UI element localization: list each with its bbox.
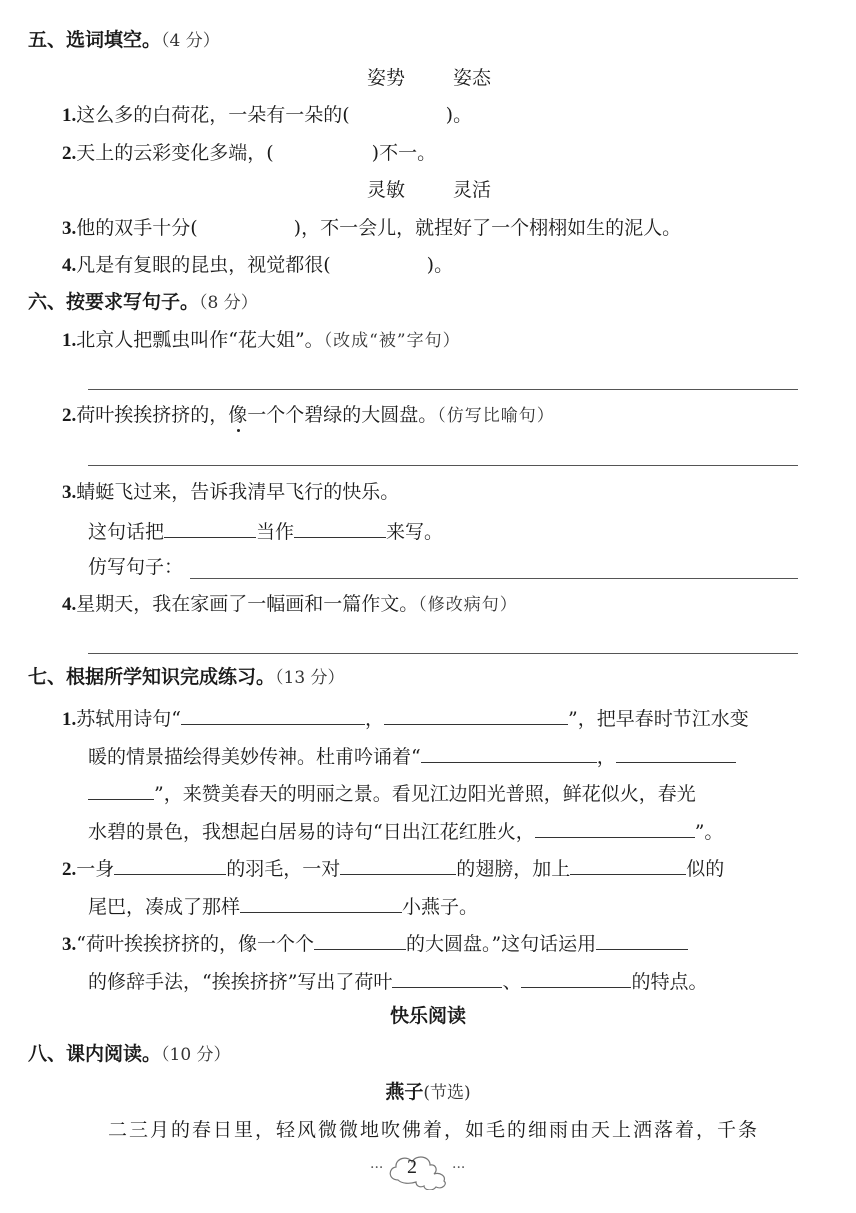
s6-question-3: 3.蜻蜓飞过来，告诉我清早飞行的快乐。 (62, 479, 399, 506)
question-text: 当作 (256, 521, 294, 543)
question-number: 3. (62, 482, 76, 503)
question-number: 2. (62, 405, 76, 426)
question-hint: （仿写比喻句） (437, 406, 555, 426)
section8-heading: 八、课内阅读。（10 分） (28, 1041, 231, 1068)
answer-blank[interactable] (421, 742, 597, 763)
question-text: 的特点。 (631, 971, 707, 993)
page-number: 2 (407, 1156, 417, 1179)
question-text: 凡是有复眼的昆虫，视觉都很( (76, 254, 330, 276)
question-text: 这么多的白荷花，一朵有一朵的( (76, 104, 349, 126)
answer-blank[interactable] (616, 742, 736, 763)
answer-blank[interactable] (114, 854, 226, 875)
question-text: 暖的情景描绘得美妙传神。杜甫吟诵着“ (88, 746, 421, 768)
section7-heading: 七、根据所学知识完成练习。（13 分） (28, 664, 345, 691)
page-number-badge: ··· 2 ··· (370, 1150, 486, 1190)
question-text: 北京人把瓢虫叫作“花大姐”。 (76, 329, 323, 351)
question-text: )。 (427, 254, 453, 276)
question-text: “荷叶挨挨挤挤的，像一个个 (76, 933, 314, 955)
s5-question-1: 1.这么多的白荷花，一朵有一朵的()。 (62, 102, 472, 129)
answer-line[interactable] (88, 465, 798, 466)
word-choices-1: 姿势姿态 (367, 65, 491, 91)
s6-question-3-line2: 这句话把当作来写。 (88, 517, 443, 545)
passage-title-text: 燕子 (385, 1081, 423, 1103)
s7-question-3-line2: 的修辞手法，“挨挨挤挤”写出了荷叶、的特点。 (88, 967, 707, 995)
question-text: ， (365, 708, 384, 730)
question-text: 苏轼用诗句“ (76, 708, 181, 730)
question-number: 3. (62, 218, 76, 239)
answer-blank[interactable] (240, 892, 402, 913)
question-text: 一个个碧绿的大圆盘。 (247, 404, 437, 426)
question-hint: （改成“被”字句） (324, 331, 461, 351)
reading-section-header: 快乐阅读 (0, 1003, 856, 1029)
question-number: 4. (62, 255, 76, 276)
question-text: 荷叶挨挨挤挤的， (76, 404, 228, 426)
s5-question-3: 3.他的双手十分()，不一会儿，就捏好了一个栩栩如生的泥人。 (62, 215, 681, 242)
answer-blank[interactable] (164, 517, 256, 538)
answer-blank[interactable] (596, 929, 688, 950)
answer-blank[interactable] (392, 967, 502, 988)
section5-title: 五、选词填空。 (28, 29, 161, 51)
word-choice: 灵敏 (367, 179, 405, 201)
question-text: 的羽毛，一对 (226, 858, 340, 880)
word-choice: 姿势 (367, 67, 405, 89)
question-text: 仿写句子： (88, 556, 183, 578)
answer-blank[interactable] (340, 854, 456, 875)
dots-right: ··· (452, 1160, 465, 1176)
question-number: 1. (62, 709, 76, 730)
answer-blank[interactable] (521, 967, 631, 988)
answer-line[interactable] (88, 389, 798, 390)
word-choice: 姿态 (453, 67, 491, 89)
question-text: 、 (502, 971, 521, 993)
question-text: 尾巴，凑成了那样 (88, 896, 240, 918)
answer-blank[interactable] (570, 854, 686, 875)
answer-blank[interactable] (88, 779, 154, 800)
question-text: 星期天，我在家画了一幅画和一篇作文。 (76, 593, 418, 615)
question-number: 2. (62, 143, 76, 164)
question-text: )，不一会儿，就捏好了一个栩栩如生的泥人。 (294, 217, 681, 239)
word-choice: 灵活 (453, 179, 491, 201)
s7-question-2-line1: 2.一身的羽毛，一对的翅膀，加上似的 (62, 854, 724, 883)
answer-blank[interactable] (181, 704, 365, 725)
question-text: 这句话把 (88, 521, 164, 543)
question-text: 他的双手十分( (76, 217, 197, 239)
answer-blank[interactable] (314, 929, 406, 950)
section8-points: （10 分） (161, 1045, 231, 1065)
s7-question-2-line2: 尾巴，凑成了那样小燕子。 (88, 892, 478, 920)
question-number: 1. (62, 105, 76, 126)
question-number: 4. (62, 594, 76, 615)
s6-question-3-line3: 仿写句子： (88, 554, 183, 580)
section5-points: （4 分） (161, 31, 220, 51)
s7-question-1-line4: 水碧的景色，我想起白居易的诗句“日出江花红胜火，”。 (88, 817, 723, 845)
question-text: 的大圆盘。”这句话运用 (406, 933, 596, 955)
section8-title: 八、课内阅读。 (28, 1043, 161, 1065)
passage-line: 二三月的春日里，轻风微微地吹佛着，如毛的细雨由天上洒落着，千条 (108, 1117, 759, 1143)
s6-question-4: 4.星期天，我在家画了一幅画和一篇作文。（修改病句） (62, 591, 518, 618)
section6-heading: 六、按要求写句子。（8 分） (28, 289, 258, 316)
question-text: 的修辞手法，“挨挨挤挤”写出了荷叶 (88, 971, 392, 993)
question-text: ”。 (695, 821, 724, 843)
s7-question-1-line1: 1.苏轼用诗句“，”，把早春时节江水变 (62, 704, 749, 733)
question-text: 小燕子。 (402, 896, 478, 918)
question-text: 的翅膀，加上 (456, 858, 570, 880)
section5-heading: 五、选词填空。（4 分） (28, 27, 220, 54)
passage-title: 燕子(节选) (0, 1079, 856, 1106)
question-number: 1. (62, 330, 76, 351)
s5-question-2: 2.天上的云彩变化多端，()不一。 (62, 140, 436, 167)
question-text: ”，把早春时节江水变 (568, 708, 749, 730)
section7-points: （13 分） (275, 668, 345, 688)
question-text: 一身 (76, 858, 114, 880)
question-hint: （修改病句） (418, 595, 518, 615)
s5-question-4: 4.凡是有复眼的昆虫，视觉都很()。 (62, 252, 453, 279)
question-number: 3. (62, 934, 76, 955)
section6-title: 六、按要求写句子。 (28, 291, 199, 313)
answer-line[interactable] (88, 653, 798, 654)
answer-blank[interactable] (384, 704, 568, 725)
answer-blank[interactable] (294, 517, 386, 538)
emphasis-char: 像 (228, 404, 247, 426)
passage-note: (节选) (423, 1083, 470, 1103)
section6-points: （8 分） (199, 293, 258, 313)
cloud-icon (370, 1150, 486, 1190)
answer-blank[interactable] (535, 817, 695, 838)
question-text: ， (597, 746, 616, 768)
answer-line[interactable] (190, 578, 798, 579)
question-text: ”，来赞美春天的明丽之景。看见江边阳光普照，鲜花似火，春光 (154, 783, 696, 805)
question-number: 2. (62, 859, 76, 880)
question-text: 水碧的景色，我想起白居易的诗句“日出江花红胜火， (88, 821, 535, 843)
question-text: )。 (446, 104, 472, 126)
s6-question-1: 1.北京人把瓢虫叫作“花大姐”。（改成“被”字句） (62, 327, 461, 354)
s6-question-2: 2.荷叶挨挨挤挤的，像一个个碧绿的大圆盘。（仿写比喻句） (62, 402, 555, 429)
question-text: 来写。 (386, 521, 443, 543)
s7-question-1-line3: ”，来赞美春天的明丽之景。看见江边阳光普照，鲜花似火，春光 (88, 779, 696, 807)
question-text: 蜻蜓飞过来，告诉我清早飞行的快乐。 (76, 481, 399, 503)
question-text: )不一。 (372, 142, 436, 164)
section7-title: 七、根据所学知识完成练习。 (28, 666, 275, 688)
question-text: 天上的云彩变化多端，( (76, 142, 273, 164)
s7-question-3-line1: 3.“荷叶挨挨挤挤的，像一个个的大圆盘。”这句话运用 (62, 929, 688, 958)
question-text: 似的 (686, 858, 724, 880)
s7-question-1-line2: 暖的情景描绘得美妙传神。杜甫吟诵着“， (88, 742, 736, 770)
word-choices-2: 灵敏灵活 (367, 177, 491, 203)
